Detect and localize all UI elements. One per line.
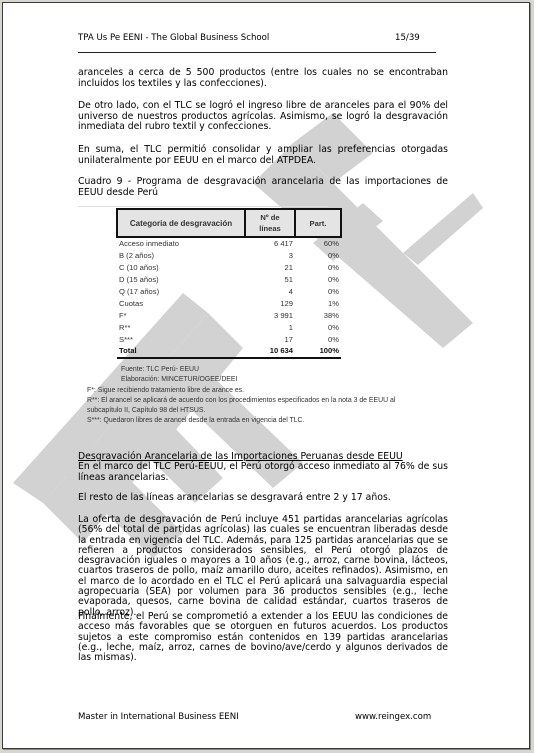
table-elaboration: Elaboración: MINCETUR/OGEE/DEEI [121,375,237,385]
lines-cell: 4 [245,286,295,298]
category-cell: Total [117,345,245,358]
table-row: D (15 años)510% [117,274,341,286]
table-row: Q (17 años)40% [117,286,341,298]
lines-cell: 21 [245,262,295,274]
document-page: TPA Us Pe EENI - The Global Business Sch… [2,2,530,749]
column-header: Categoria de desgravación [117,209,245,237]
table-total-row: Total10 634100% [117,345,341,358]
category-cell: Q (17 años) [117,286,245,298]
share-cell: 0% [295,286,341,298]
lines-cell: 129 [245,297,295,309]
category-cell: Cuotas [117,297,245,309]
table-row: Acceso inmediato6 41760% [117,237,341,250]
lines-cell: 3 [245,250,295,262]
category-cell: B (2 años) [117,250,245,262]
table-row: C (10 años)210% [117,262,341,274]
lines-cell: 3 991 [245,309,295,321]
share-cell: 38% [295,309,341,321]
table-source: Fuente: TLC Perú- EEUU [121,365,199,375]
table-row: B (2 años)30% [117,250,341,262]
share-cell: 60% [295,237,341,250]
category-cell: S*** [117,333,245,345]
category-cell: C (10 años) [117,262,245,274]
table-caption: Cuadro 9 - Programa de desgravación aran… [78,177,448,198]
header-title: TPA Us Pe EENI - The Global Business Sch… [78,33,269,43]
share-cell: 0% [295,250,341,262]
category-cell: Acceso inmediato [117,237,245,250]
share-cell: 0% [295,333,341,345]
lines-cell: 51 [245,274,295,286]
category-cell: D (15 años) [117,274,245,286]
paragraph: La oferta de desgravación de Perú incluy… [78,515,448,618]
column-header: Nº de líneas [245,209,295,237]
share-cell: 100% [295,345,341,358]
share-cell: 1% [295,297,341,309]
category-cell: F* [117,309,245,321]
table-footnotes: F*: Sigue recibiendo tratamiento libre d… [87,386,407,426]
paragraph: En el marco del TLC Perú-EEUU, el Perú o… [78,462,448,483]
lines-cell: 17 [245,333,295,345]
table-row: F*3 99138% [117,309,341,321]
footer-link[interactable]: www.reingex.com [355,712,431,722]
table-row: S***170% [117,333,341,345]
header-rule [78,52,436,53]
footer-left: Master in International Business EENI [78,712,239,722]
share-cell: 0% [295,262,341,274]
column-header: Part. [295,209,341,237]
divider [78,206,328,207]
table-row: Cuotas1291% [117,297,341,309]
table-header-row: Categoria de desgravación Nº de líneas P… [117,209,341,237]
footnote: S***: Quedaron libres de arancel desde l… [87,416,407,426]
category-cell: R** [117,321,245,333]
paragraph: En suma, el TLC permitió consolidar y am… [78,145,448,166]
share-cell: 0% [295,321,341,333]
paragraph: El resto de las líneas arancelarias se d… [78,493,448,504]
paragraph: aranceles a cerca de 5 500 productos (en… [78,68,448,89]
paragraph: Finalmente, el Perú se comprometió a ext… [78,612,448,663]
page-number: 15/39 [395,33,420,43]
share-cell: 0% [295,274,341,286]
lines-cell: 1 [245,321,295,333]
lines-cell: 6 417 [245,237,295,250]
paragraph: De otro lado, con el TLC se logró el ing… [78,101,448,133]
desgravacion-table: Categoria de desgravación Nº de líneas P… [116,208,342,359]
table-row: R**10% [117,321,341,333]
lines-cell: 10 634 [245,345,295,358]
footnote: R**: El arancel se aplicará de acuerdo c… [87,396,407,416]
footnote: F*: Sigue recibiendo tratamiento libre d… [87,386,407,396]
